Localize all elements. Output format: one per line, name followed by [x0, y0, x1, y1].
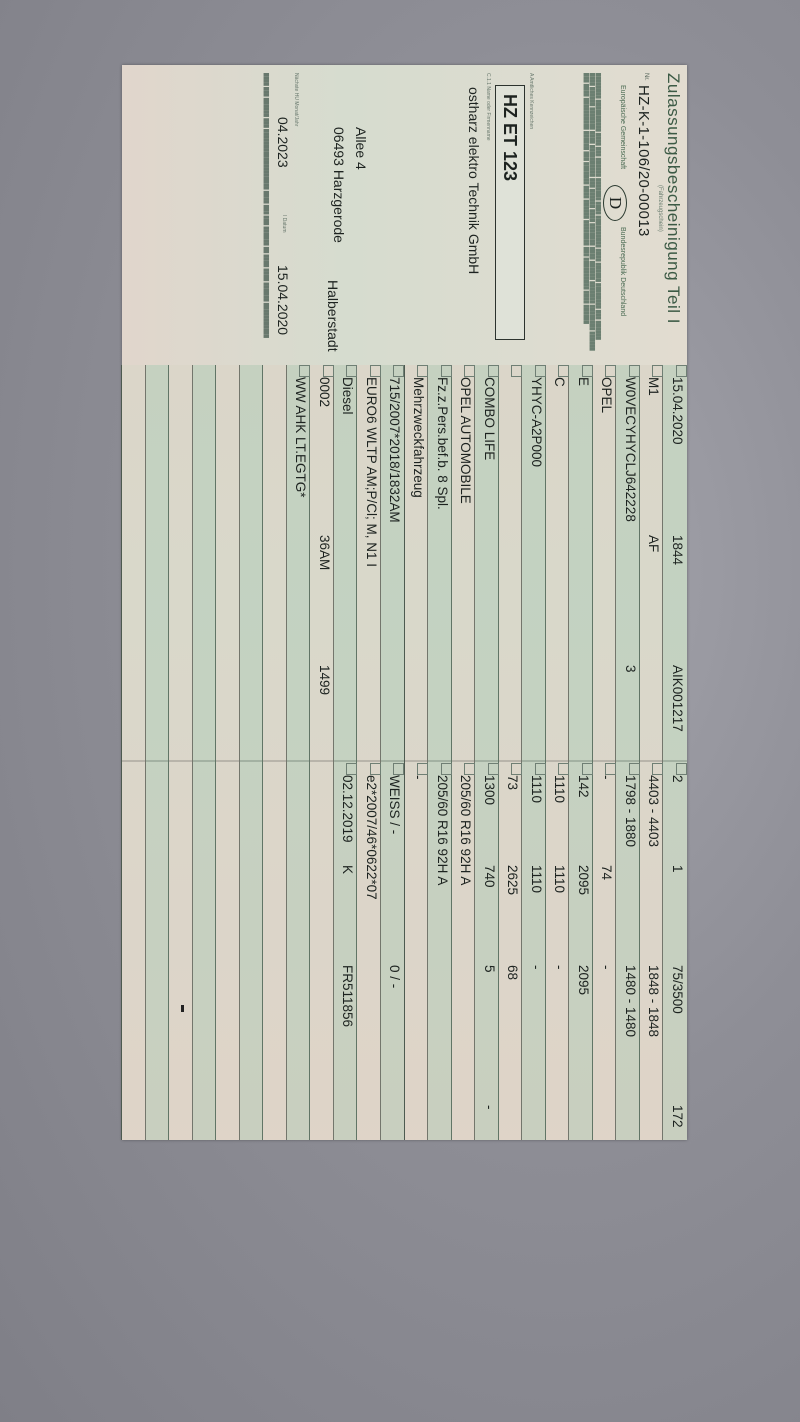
- table-row: YHYC-A2P00011101110-: [521, 365, 546, 1140]
- field-code-box: [605, 365, 616, 377]
- vehicle-data-table: 15.04.20201844AIK0012172175/3500172M1AF4…: [122, 365, 687, 1140]
- country-label: Bundesrepublik Deutschland: [618, 227, 627, 317]
- table-row: Fz.z.Pers.bef.b. 8 Spl.205/60 R16 92H A: [427, 365, 452, 1140]
- table-row: W0VECYHYCLJ64222831798 - 18801480 - 1480: [615, 365, 640, 1140]
- table-cell: 02.12.2019: [340, 775, 355, 843]
- table-cell: 75/3500: [670, 965, 685, 1014]
- field-code-box: [605, 763, 616, 775]
- table-row: Diesel02.12.2019KFR511856: [333, 365, 358, 1140]
- field-code-box: [323, 365, 334, 377]
- field-code-box: [488, 763, 499, 775]
- table-cell: 740: [482, 865, 497, 888]
- table-row: [121, 365, 146, 1140]
- table-cell: M1: [646, 377, 661, 396]
- table-cell: -: [529, 965, 544, 970]
- table-cell: 74: [599, 865, 614, 880]
- table-row: [262, 365, 287, 1140]
- table-cell: OPEL: [599, 377, 614, 413]
- table-cell: OPEL AUTOMOBILE: [458, 377, 473, 504]
- field-code-box: [629, 763, 640, 775]
- document-subtitle: (Fahrzeugschein): [657, 185, 663, 232]
- table-row: OPEL AUTOMOBILE205/60 R16 92H A: [451, 365, 476, 1140]
- table-row: Mehrzweckfahrzeug-: [404, 365, 429, 1140]
- table-cell: 2625: [505, 865, 520, 895]
- table-cell: AIK001217: [670, 665, 685, 732]
- footer-fine-print: ████ ███ ██████ ███ ███████████████████ …: [263, 73, 269, 353]
- holder-name: ostharz elektro Technik GmbH: [466, 87, 482, 274]
- address-street: Allee 4: [353, 127, 369, 170]
- license-plate: HZ ET 123: [495, 85, 525, 340]
- field-code-box: [629, 365, 640, 377]
- table-cell: -: [482, 1105, 497, 1110]
- table-cell: 1480 - 1480: [623, 965, 638, 1037]
- eu-label: Europäische Gemeinschaft: [618, 85, 627, 175]
- table-cell: W0VECYHYCLJ642228: [623, 377, 638, 522]
- table-cell: 15.04.2020: [670, 377, 685, 445]
- table-cell: 2: [670, 775, 685, 783]
- field-code-box: [676, 365, 687, 377]
- field-code-box: [441, 763, 452, 775]
- table-cell: 2095: [576, 865, 591, 895]
- field-code-box: [441, 365, 452, 377]
- table-row: 000236AM1499: [309, 365, 334, 1140]
- document-front-panel: Zulassungsbescheinigung Teil I (Fahrzeug…: [122, 65, 687, 365]
- table-cell: FR511856: [340, 965, 355, 1027]
- issue-date: 15.04.2020: [275, 265, 291, 335]
- table-cell: 205/60 R16 92H A: [458, 775, 473, 885]
- table-cell: -: [411, 775, 426, 780]
- table-cell: 73: [505, 775, 520, 790]
- table-row: E14220952095: [568, 365, 593, 1140]
- table-cell: 142: [576, 775, 591, 798]
- table-cell: WEISS / -: [388, 775, 403, 834]
- table-row: [239, 365, 264, 1140]
- legend-fine-print: ████████ ██████████ ████ ███ ██████ ████…: [583, 73, 601, 353]
- field-code-box: [464, 763, 475, 775]
- table-cell: 1848 - 1848: [646, 965, 661, 1037]
- table-cell: 1300: [482, 775, 497, 805]
- table-cell: 1110: [529, 775, 544, 803]
- table-cell: 5: [482, 965, 497, 973]
- field-code-box: [417, 763, 428, 775]
- table-cell: K: [340, 865, 355, 874]
- table-cell: Fz.z.Pers.bef.b. 8 Spl.: [435, 377, 450, 510]
- table-cell: 4403 - 4403: [646, 775, 661, 847]
- country-code-oval-icon: D: [603, 185, 627, 221]
- table-cell: 172: [670, 1105, 685, 1128]
- table-cell: 715/2007*2018/1832AM: [388, 377, 403, 523]
- field-code-box: [511, 365, 522, 377]
- field-code-box: [582, 365, 593, 377]
- table-cell: 1798 - 1880: [623, 775, 638, 847]
- field-code-box: [582, 763, 593, 775]
- document-number: HZ-K-1-106/20-00013: [635, 85, 652, 237]
- table-cell: 1110: [552, 865, 567, 893]
- table-cell: 1499: [317, 665, 332, 695]
- field-code-box: [558, 365, 569, 377]
- table-row: [215, 365, 240, 1140]
- field-code-box: [394, 763, 405, 775]
- field-code-box: [346, 365, 357, 377]
- table-cell: -: [599, 965, 614, 970]
- field-code-box: [417, 365, 428, 377]
- table-cell: 1110: [529, 865, 544, 893]
- issuing-office: Halberstadt: [325, 280, 341, 352]
- field-code-box: [535, 763, 546, 775]
- field-code-box: [488, 365, 499, 377]
- table-cell: Diesel: [340, 377, 355, 415]
- table-cell: E: [576, 377, 591, 386]
- next-inspection-label: Nächste HU Monat/Jahr: [293, 73, 299, 126]
- table-cell: 36AM: [317, 535, 332, 570]
- table-cell: EURO6 WLTP AM;P/Cl; M, N1 I: [364, 377, 379, 567]
- table-row: COMBO LIFE13007405-: [474, 365, 499, 1140]
- table-row: [168, 365, 193, 1140]
- field-code-box: [652, 365, 663, 377]
- document-title: Zulassungsbescheinigung Teil I: [663, 73, 683, 324]
- table-row: EURO6 WLTP AM;P/Cl; M, N1 Ie2*2007/46*06…: [356, 365, 381, 1140]
- field-code-box: [464, 365, 475, 377]
- field-code-box: [299, 365, 310, 377]
- table-cell: 1110: [552, 775, 567, 803]
- table-row: C11101110-: [545, 365, 570, 1140]
- field-code-box: [370, 763, 381, 775]
- table-cell: -: [552, 965, 567, 970]
- table-row: M1AF4403 - 44031848 - 1848: [639, 365, 664, 1140]
- holder-label: C.1.1 Name oder Firmenname: [485, 73, 491, 141]
- table-cell: 2095: [576, 965, 591, 995]
- table-cell: 1844: [670, 535, 685, 565]
- table-cell: 0 / -: [388, 965, 403, 988]
- table-cell: Mehrzweckfahrzeug: [411, 377, 426, 498]
- table-cell: COMBO LIFE: [482, 377, 497, 460]
- table-row: WW AHK LT.EGTG*: [286, 365, 311, 1140]
- table-cell: C: [552, 377, 567, 387]
- registration-document: Zulassungsbescheinigung Teil I (Fahrzeug…: [122, 65, 687, 1140]
- table-cell: WW AHK LT.EGTG*: [293, 377, 308, 498]
- field-code-box: [511, 763, 522, 775]
- table-row: 73262568: [498, 365, 523, 1140]
- table-row: 715/2007*2018/1832AMWEISS / -0 / -: [380, 365, 405, 1140]
- table-row: [192, 365, 217, 1140]
- table-cell: 205/60 R16 92H A: [435, 775, 450, 885]
- field-code-box: [535, 365, 546, 377]
- table-cell: 3: [623, 665, 638, 673]
- ink-mark: [181, 1005, 184, 1012]
- field-code-box: [394, 365, 405, 377]
- table-row: 15.04.20201844AIK0012172175/3500172: [662, 365, 687, 1140]
- table-cell: 0002: [317, 377, 332, 407]
- issue-date-label: I Datum: [281, 215, 287, 233]
- address-city: 06493 Harzgerode: [331, 127, 347, 243]
- field-code-box: [652, 763, 663, 775]
- field-code-box: [676, 763, 687, 775]
- table-cell: -: [599, 775, 614, 780]
- number-label: Nr.: [643, 73, 649, 81]
- next-inspection-date: 04.2023: [275, 117, 291, 168]
- table-cell: AF: [646, 535, 661, 552]
- plate-label: A Amtliches Kennzeichen: [528, 73, 534, 129]
- field-code-box: [558, 763, 569, 775]
- table-cell: YHYC-A2P000: [529, 377, 544, 467]
- table-row: OPEL-74-: [592, 365, 617, 1140]
- table-row: [145, 365, 170, 1140]
- field-code-box: [346, 763, 357, 775]
- table-cell: e2*2007/46*0622*07: [364, 775, 379, 900]
- field-code-box: [370, 365, 381, 377]
- table-cell: 1: [670, 865, 685, 873]
- table-cell: 68: [505, 965, 520, 980]
